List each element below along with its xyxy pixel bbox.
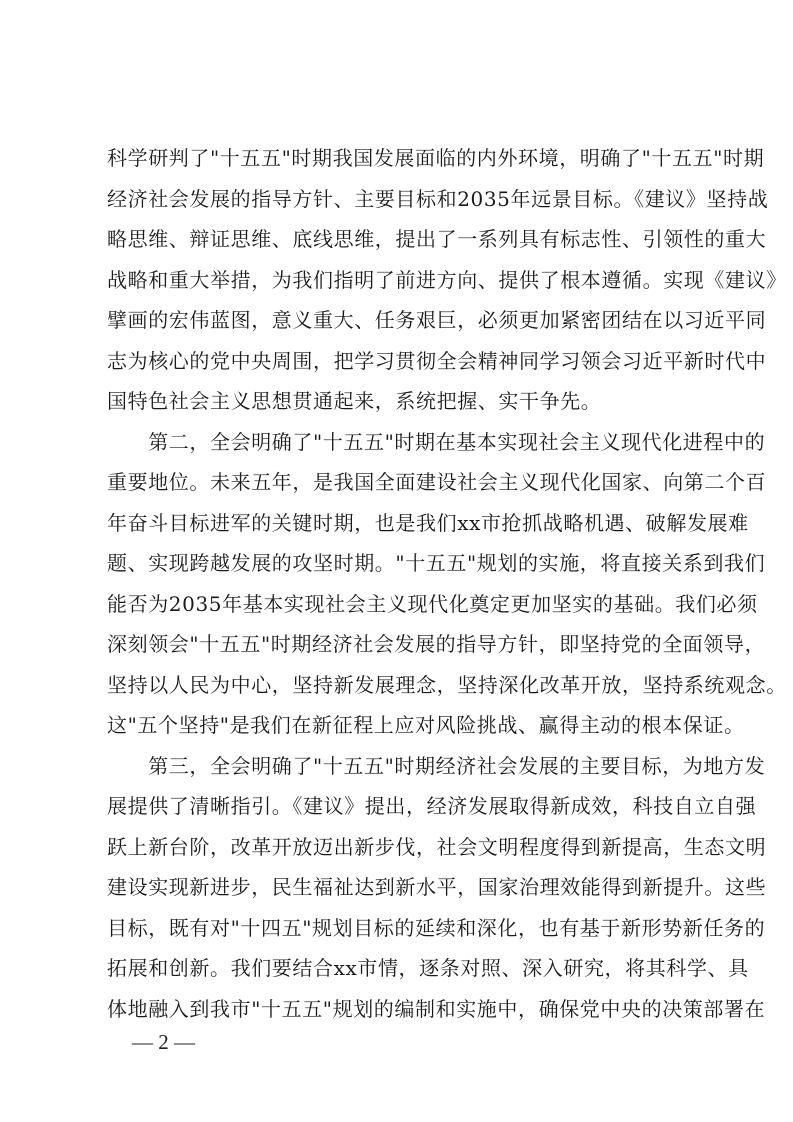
text-line: 第二，全会明确了"十五五"时期在基本实现社会主义现代化进程中的 <box>107 426 693 467</box>
text-line: 擘画的宏伟蓝图，意义重大、任务艰巨，必须更加紧密团结在以习近平同 <box>107 304 693 345</box>
text-line: 目标，既有对"十四五"规划目标的延续和深化，也有基于新形势新任务的 <box>107 912 693 953</box>
text-line: 建设实现新进步，民生福祉达到新水平，国家治理效能得到新提升。这些 <box>107 871 693 912</box>
text-line: 科学研判了"十五五"时期我国发展面临的内外环境，明确了"十五五"时期 <box>107 142 693 183</box>
paragraph: 第三，全会明确了"十五五"时期经济社会发展的主要目标，为地方发 展提供了清晰指引… <box>107 750 693 1034</box>
text-line: 经济社会发展的指导方针、主要目标和2035年远景目标。《建议》坚持战 <box>107 183 693 224</box>
paragraph: 第二，全会明确了"十五五"时期在基本实现社会主义现代化进程中的 重要地位。未来五… <box>107 426 693 750</box>
text-line: 跃上新台阶，改革开放迈出新步伐，社会文明程度得到新提高，生态文明 <box>107 831 693 872</box>
page-number: — 2 — <box>132 1030 195 1055</box>
text-line: 深刻领会"十五五"时期经济社会发展的指导方针，即坚持党的全面领导， <box>107 628 693 669</box>
text-line: 第三，全会明确了"十五五"时期经济社会发展的主要目标，为地方发 <box>107 750 693 791</box>
text-line: 能否为2035年基本实现社会主义现代化奠定更加坚实的基础。我们必须 <box>107 588 693 629</box>
text-line: 国特色社会主义思想贯通起来，系统把握、实干争先。 <box>107 385 693 426</box>
text-line: 年奋斗目标进军的关键时期，也是我们xx市抢抓战略机遇、破解发展难 <box>107 507 693 548</box>
text-line: 坚持以人民为中心，坚持新发展理念，坚持深化改革开放，坚持系统观念。 <box>107 669 693 710</box>
text-line: 志为核心的党中央周围，把学习贯彻全会精神同学习领会习近平新时代中 <box>107 345 693 386</box>
document-body: 科学研判了"十五五"时期我国发展面临的内外环境，明确了"十五五"时期 经济社会发… <box>107 142 693 1033</box>
text-line: 重要地位。未来五年，是我国全面建设社会主义现代化国家、向第二个百 <box>107 466 693 507</box>
text-line: 战略和重大举措，为我们指明了前进方向、提供了根本遵循。实现《建议》 <box>107 264 693 305</box>
text-line: 这"五个坚持"是我们在新征程上应对风险挑战、赢得主动的根本保证。 <box>107 709 693 750</box>
text-line: 体地融入到我市"十五五"规划的编制和实施中，确保党中央的决策部署在 <box>107 993 693 1034</box>
text-line: 拓展和创新。我们要结合xx市情，逐条对照、深入研究，将其科学、具 <box>107 952 693 993</box>
text-line: 展提供了清晰指引。《建议》提出，经济发展取得新成效，科技自立自强 <box>107 790 693 831</box>
text-line: 略思维、辩证思维、底线思维，提出了一系列具有标志性、引领性的重大 <box>107 223 693 264</box>
document-page: 科学研判了"十五五"时期我国发展面临的内外环境，明确了"十五五"时期 经济社会发… <box>0 0 793 1122</box>
text-line: 题、实现跨越发展的攻坚时期。"十五五"规划的实施，将直接关系到我们 <box>107 547 693 588</box>
paragraph: 科学研判了"十五五"时期我国发展面临的内外环境，明确了"十五五"时期 经济社会发… <box>107 142 693 426</box>
